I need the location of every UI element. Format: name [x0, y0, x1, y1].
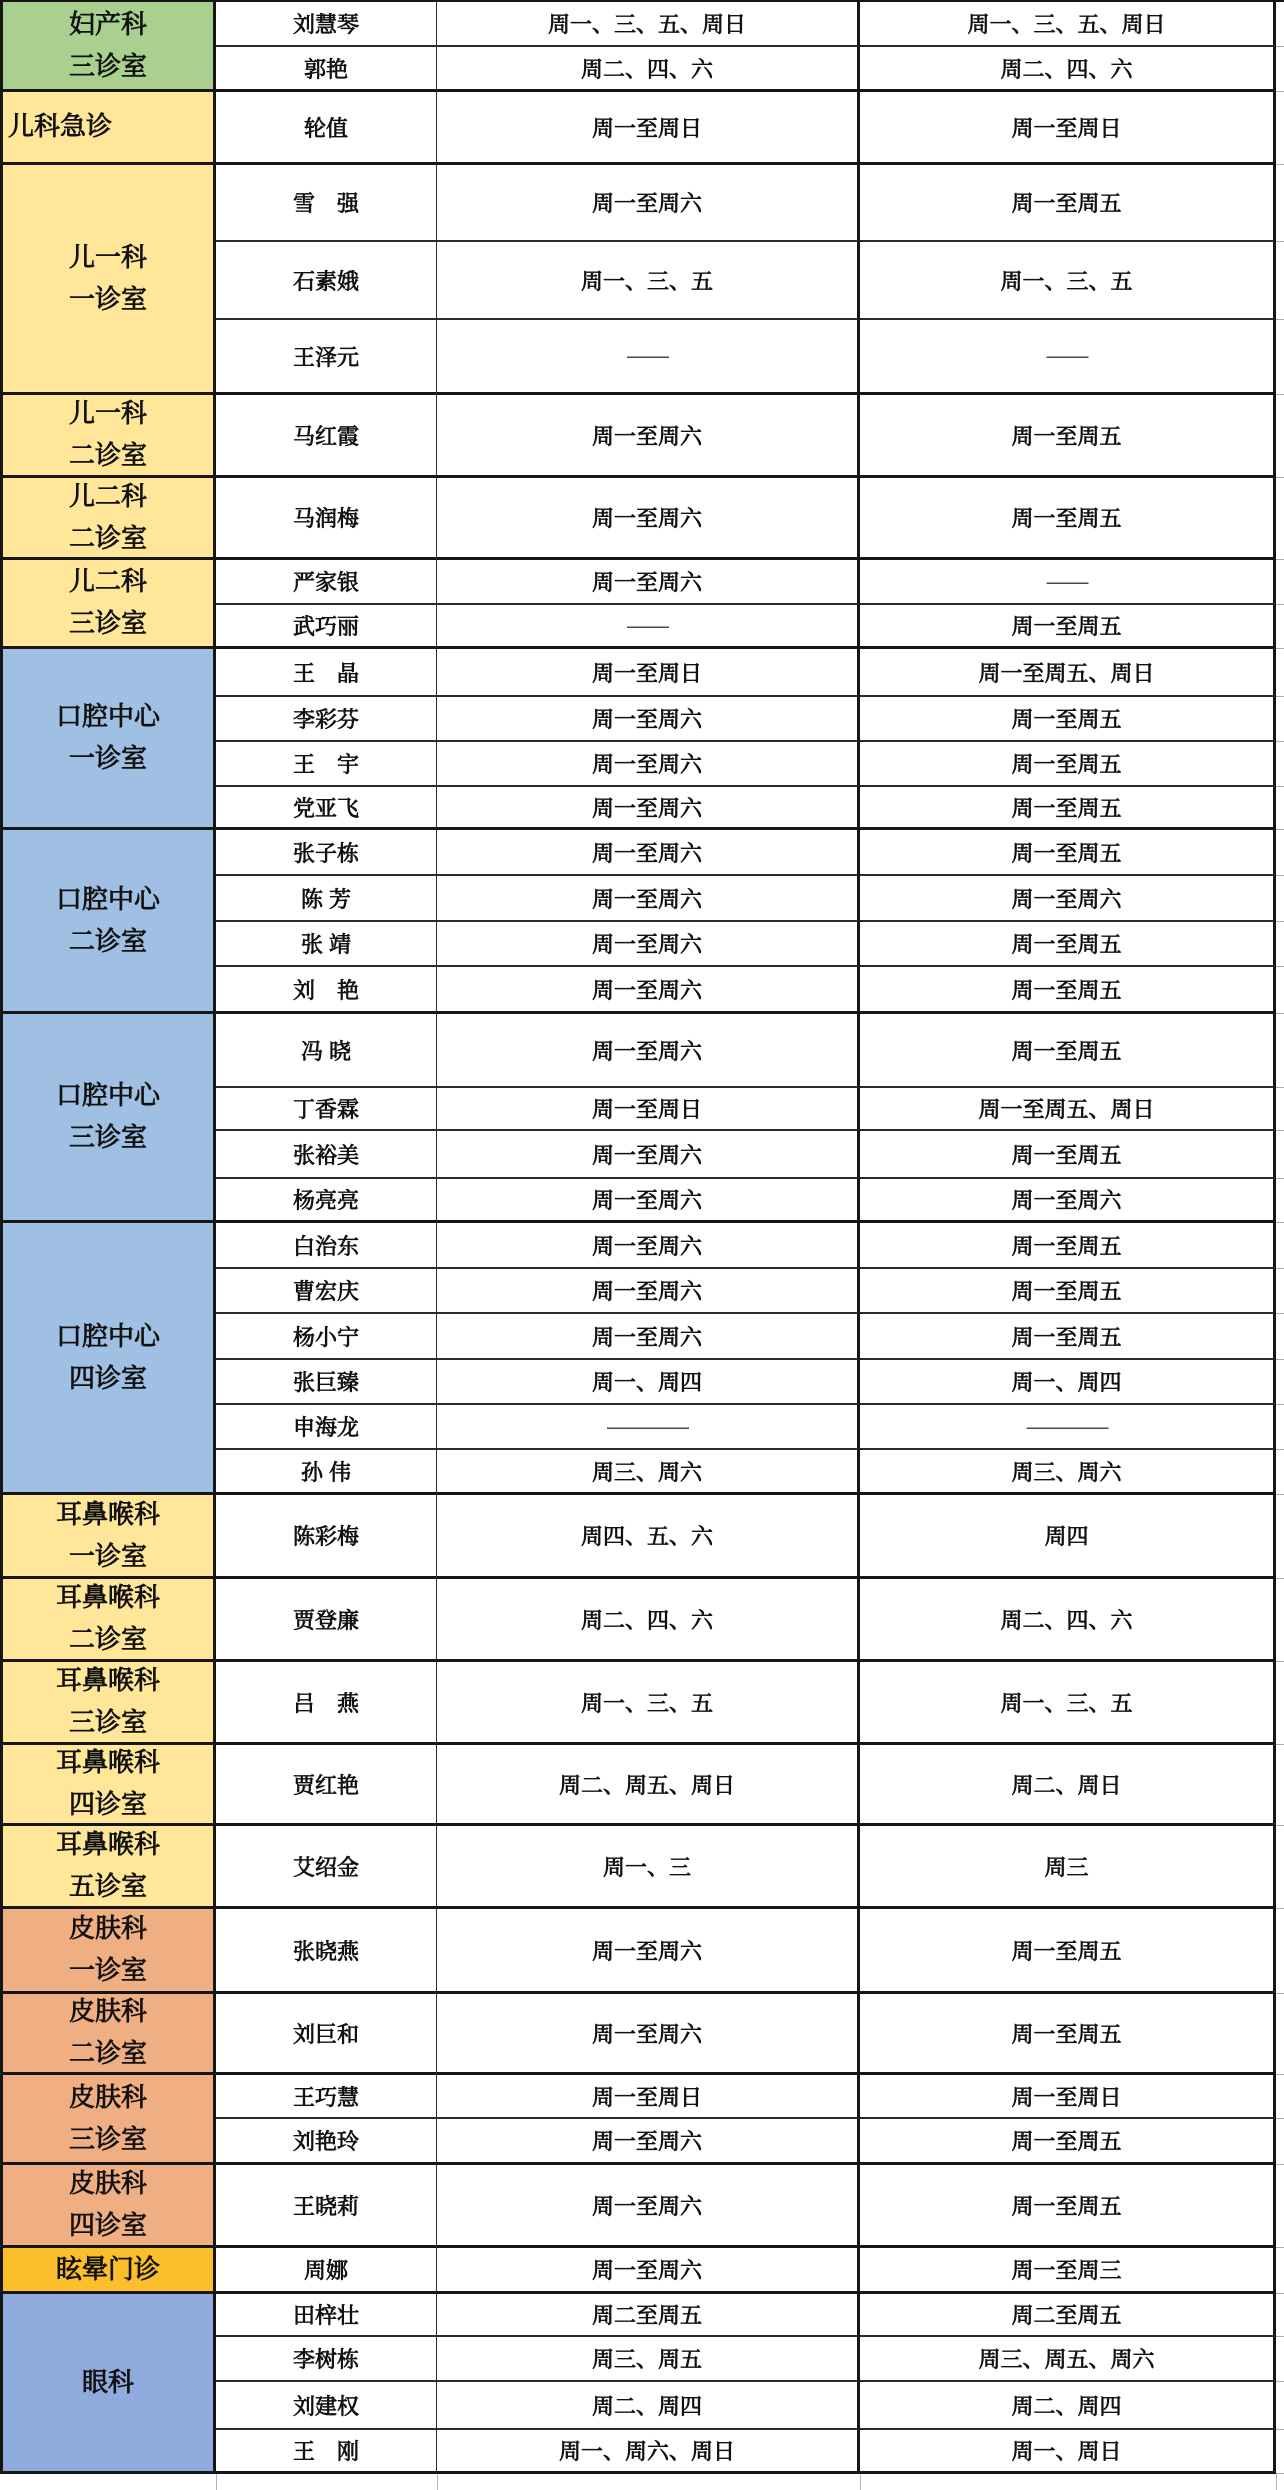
schedule-cell-2: 周一至周五 [860, 1314, 1276, 1360]
right-gridline-sliver [1276, 1450, 1284, 1495]
right-gridline-sliver [1276, 605, 1284, 649]
schedule-cell-1: 周一至周六 [437, 1179, 860, 1223]
department-label-line: 三诊室 [69, 2119, 147, 2161]
department-group: 皮肤科一诊室张晓燕周一至周六周一至周五 [3, 1909, 1284, 1994]
doctor-cell: 陈 芳 [216, 876, 437, 922]
right-gridline-sliver [1276, 1269, 1284, 1314]
schedule-cell-1: 周一至周六 [437, 2248, 860, 2294]
department-label-line: 五诊室 [69, 1866, 147, 1908]
schedule-cell-2: 周一至周三 [860, 2248, 1276, 2294]
department-group: 耳鼻喉科三诊室吕 燕周一、三、五周一、三、五 [3, 1662, 1284, 1745]
doctor-cell: 陈彩梅 [216, 1495, 437, 1579]
doctor-cell: 孙 伟 [216, 1450, 437, 1495]
department-label-line: 皮肤科 [69, 1991, 147, 2033]
department-label-line: 三诊室 [69, 1702, 147, 1744]
doctor-cell: 杨亮亮 [216, 1179, 437, 1223]
department-label-line: 皮肤科 [69, 1908, 147, 1950]
schedule-cell-1: 周四、五、六 [437, 1495, 860, 1579]
department-label-line: 儿二科 [69, 561, 147, 603]
schedule-cell-1: 周一至周六 [437, 1909, 860, 1994]
doctor-cell: 贾红艳 [216, 1745, 437, 1826]
department-cell: 皮肤科二诊室 [3, 1994, 216, 2075]
schedule-cell-1: 周一、三、五、周日 [437, 2, 860, 47]
department-cell: 儿一科一诊室 [3, 165, 216, 395]
schedule-cell-2: 周二、周四 [860, 2382, 1276, 2430]
schedule-cell-1: 周一至周六 [437, 830, 860, 876]
schedule-cell-2: 周一至周五 [860, 742, 1276, 787]
schedule-cell-1: 周一至周六 [437, 1994, 860, 2075]
right-gridline-sliver [1276, 967, 1284, 1014]
department-group: 眼科田梓壮周二至周五周二至周五李树栋周三、周五周三、周五、周六刘建权周二、周四周… [3, 2294, 1284, 2474]
department-label-line: 二诊室 [69, 435, 147, 477]
schedule-cell-1: 周一至周六 [437, 922, 860, 967]
doctor-cell: 贾登廉 [216, 1579, 437, 1662]
department-label-line: 三诊室 [69, 46, 147, 88]
right-gridline-sliver [1276, 697, 1284, 742]
right-gridline-sliver [1276, 2165, 1284, 2248]
schedule-cell-1: 周二、四、六 [437, 47, 860, 92]
right-gridline-sliver [1276, 1579, 1284, 1662]
department-cell: 耳鼻喉科四诊室 [3, 1745, 216, 1826]
department-cell: 口腔中心四诊室 [3, 1223, 216, 1495]
doctor-cell: 张晓燕 [216, 1909, 437, 1994]
right-gridline-sliver [1276, 2248, 1284, 2294]
department-cell: 妇产科三诊室 [3, 2, 216, 92]
schedule-cell-1: 周一、周六、周日 [437, 2430, 860, 2474]
schedule-table: 妇产科三诊室刘慧琴周一、三、五、周日周一、三、五、周日郭艳周二、四、六周二、四、… [0, 0, 1284, 2474]
department-group: 皮肤科三诊室王巧慧周一至周日周一至周日刘艳玲周一至周六周一至周五 [3, 2075, 1284, 2165]
department-cell: 耳鼻喉科五诊室 [3, 1826, 216, 1909]
department-label-line: 儿一科 [69, 237, 147, 279]
department-group: 口腔中心四诊室白治东周一至周六周一至周五曹宏庆周一至周六周一至周五杨小宁周一至周… [3, 1223, 1284, 1495]
department-group: 儿二科二诊室马润梅周一至周六周一至周五 [3, 478, 1284, 560]
department-cell: 眩晕门诊 [3, 2248, 216, 2294]
schedule-cell-2: 周二、四、六 [860, 1579, 1276, 1662]
gridline [860, 2474, 861, 2490]
doctor-cell: 王 宇 [216, 742, 437, 787]
schedule-cell-2: 周一、周日 [860, 2430, 1276, 2474]
schedule-cell-1: 周一至周日 [437, 92, 860, 165]
department-group: 耳鼻喉科一诊室陈彩梅周四、五、六周四 [3, 1495, 1284, 1579]
right-gridline-sliver [1276, 1014, 1284, 1088]
schedule-cell-2: 周二至周五 [860, 2294, 1276, 2337]
schedule-cell-2: 周一至周日 [860, 92, 1276, 165]
doctor-cell: 申海龙 [216, 1405, 437, 1450]
right-gridline-sliver [1276, 787, 1284, 830]
department-label-line: 口腔中心 [56, 1316, 160, 1358]
right-gridline-sliver [1276, 560, 1284, 605]
department-group: 口腔中心二诊室张子栋周一至周六周一至周五陈 芳周一至周六周一至周六张 靖周一至周… [3, 830, 1284, 1014]
schedule-cell-1: 周一至周六 [437, 697, 860, 742]
department-label-line: 眼科 [82, 2362, 134, 2404]
department-cell: 耳鼻喉科一诊室 [3, 1495, 216, 1579]
schedule-cell-1: 周一至周六 [437, 876, 860, 922]
department-label-line: 口腔中心 [56, 696, 160, 738]
doctor-cell: 刘慧琴 [216, 2, 437, 47]
schedule-cell-1: 周二至周五 [437, 2294, 860, 2337]
schedule-cell-2: 周三、周五、周六 [860, 2337, 1276, 2382]
doctor-cell: 郭艳 [216, 47, 437, 92]
gridline [437, 2474, 438, 2490]
department-group: 儿一科一诊室雪 强周一至周六周一至周五石素娥周一、三、五周一、三、五王泽元———… [3, 165, 1284, 395]
department-label-line: 四诊室 [69, 1784, 147, 1826]
department-label-line: 二诊室 [69, 518, 147, 560]
department-label-line: 儿二科 [69, 476, 147, 518]
doctor-cell: 张裕美 [216, 1131, 437, 1179]
doctor-cell: 王泽元 [216, 320, 437, 395]
doctor-cell: 严家银 [216, 560, 437, 605]
schedule-cell-2: 周一至周五 [860, 2119, 1276, 2165]
right-gridline-sliver [1276, 2337, 1284, 2382]
schedule-cell-1: 周三、周六 [437, 1450, 860, 1495]
department-label-line: 一诊室 [69, 1536, 147, 1578]
schedule-cell-2: 周三 [860, 1826, 1276, 1909]
schedule-cell-2: 周一至周五 [860, 830, 1276, 876]
right-gridline-sliver [1276, 320, 1284, 395]
right-gridline-sliver [1276, 2075, 1284, 2119]
department-label-line: 一诊室 [69, 279, 147, 321]
right-gridline-sliver [1276, 1360, 1284, 1405]
schedule-cell-2: 周一至周五 [860, 787, 1276, 830]
right-gridline-sliver [1276, 2382, 1284, 2430]
right-gridline-sliver [1276, 1495, 1284, 1579]
department-cell: 皮肤科三诊室 [3, 2075, 216, 2165]
schedule-cell-1: 周一至周六 [437, 478, 860, 560]
right-gridline-sliver [1276, 742, 1284, 787]
schedule-cell-1: 周一至周六 [437, 395, 860, 478]
department-cell: 口腔中心三诊室 [3, 1014, 216, 1223]
doctor-cell: 王 晶 [216, 649, 437, 697]
schedule-cell-1: 周一至周六 [437, 2165, 860, 2248]
doctor-cell: 张巨臻 [216, 1360, 437, 1405]
department-label-line: 口腔中心 [56, 879, 160, 921]
department-label-line: 皮肤科 [69, 2077, 147, 2119]
doctor-cell: 刘建权 [216, 2382, 437, 2430]
schedule-cell-2: 周一至周五 [860, 967, 1276, 1014]
department-group: 儿科急诊轮值周一至周日周一至周日 [3, 92, 1284, 165]
doctor-cell: 王晓莉 [216, 2165, 437, 2248]
department-cell: 皮肤科一诊室 [3, 1909, 216, 1994]
department-group: 口腔中心一诊室王 晶周一至周日周一至周五、周日李彩芬周一至周六周一至周五王 宇周… [3, 649, 1284, 830]
doctor-cell: 田梓壮 [216, 2294, 437, 2337]
department-group: 眩晕门诊周娜周一至周六周一至周三 [3, 2248, 1284, 2294]
department-cell: 耳鼻喉科三诊室 [3, 1662, 216, 1745]
schedule-cell-1: 周一至周六 [437, 1223, 860, 1269]
schedule-cell-1: 周一至周六 [437, 1131, 860, 1179]
schedule-cell-2: 周一至周五 [860, 478, 1276, 560]
department-group: 耳鼻喉科二诊室贾登廉周二、四、六周二、四、六 [3, 1579, 1284, 1662]
schedule-cell-1: —— [437, 320, 860, 395]
right-gridline-sliver [1276, 2294, 1284, 2337]
department-group: 耳鼻喉科五诊室艾绍金周一、三周三 [3, 1826, 1284, 1909]
schedule-cell-2: 周一至周五 [860, 1269, 1276, 1314]
department-label-line: 一诊室 [69, 738, 147, 780]
schedule-cell-1: 周二、周五、周日 [437, 1745, 860, 1826]
doctor-cell: 杨小宁 [216, 1314, 437, 1360]
department-label-line: 三诊室 [69, 603, 147, 645]
schedule-cell-2: 周一、周四 [860, 1360, 1276, 1405]
department-group: 口腔中心三诊室冯 晓周一至周六周一至周五丁香霖周一至周日周一至周五、周日张裕美周… [3, 1014, 1284, 1223]
right-gridline-sliver [1276, 478, 1284, 560]
department-group: 皮肤科四诊室王晓莉周一至周六周一至周五 [3, 2165, 1284, 2248]
right-gridline-sliver [1276, 1909, 1284, 1994]
schedule-cell-1: 周一至周六 [437, 165, 860, 242]
doctor-cell: 张 靖 [216, 922, 437, 967]
department-group: 儿二科三诊室严家银周一至周六——武巧丽——周一至周五 [3, 560, 1284, 649]
schedule-cell-2: 周四 [860, 1495, 1276, 1579]
department-label-line: 儿一科 [69, 393, 147, 435]
schedule-cell-2: 周一至周五 [860, 697, 1276, 742]
doctor-cell: 冯 晓 [216, 1014, 437, 1088]
right-gridline-sliver [1276, 47, 1284, 92]
department-label-line: 耳鼻喉科 [56, 1577, 160, 1619]
schedule-cell-2: 周一至周五 [860, 1131, 1276, 1179]
schedule-cell-2: —— [860, 560, 1276, 605]
schedule-cell-1: 周三、周五 [437, 2337, 860, 2382]
department-label-line: 一诊室 [69, 1950, 147, 1992]
right-gridline-sliver [1276, 395, 1284, 478]
doctor-cell: 轮值 [216, 92, 437, 165]
schedule-cell-2: 周三、周六 [860, 1450, 1276, 1495]
schedule-cell-1: 周一至周六 [437, 1014, 860, 1088]
schedule-cell-2: 周一至周五 [860, 605, 1276, 649]
department-label-line: 皮肤科 [69, 2163, 147, 2205]
department-label-line: 耳鼻喉科 [56, 1494, 160, 1536]
department-cell: 儿一科二诊室 [3, 395, 216, 478]
department-label-line: 二诊室 [69, 921, 147, 963]
schedule-cell-2: 周一至周五 [860, 1223, 1276, 1269]
doctor-cell: 李彩芬 [216, 697, 437, 742]
right-gridline-sliver [1276, 922, 1284, 967]
schedule-cell-1: 周一至周六 [437, 967, 860, 1014]
doctor-cell: 李树栋 [216, 2337, 437, 2382]
doctor-cell: 白治东 [216, 1223, 437, 1269]
schedule-cell-1: 周一至周六 [437, 560, 860, 605]
doctor-cell: 马润梅 [216, 478, 437, 560]
schedule-cell-1: 周一至周六 [437, 787, 860, 830]
doctor-cell: 刘艳玲 [216, 2119, 437, 2165]
schedule-cell-1: 周一、三 [437, 1826, 860, 1909]
department-cell: 口腔中心一诊室 [3, 649, 216, 830]
schedule-cell-2: 周一至周五 [860, 395, 1276, 478]
right-gridline-sliver [1276, 649, 1284, 697]
department-cell: 儿二科三诊室 [3, 560, 216, 649]
right-gridline-sliver [1276, 830, 1284, 876]
schedule-cell-1: 周一至周六 [437, 2119, 860, 2165]
schedule-cell-2: 周一、三、五、周日 [860, 2, 1276, 47]
doctor-cell: 马红霞 [216, 395, 437, 478]
department-group: 皮肤科二诊室刘巨和周一至周六周一至周五 [3, 1994, 1284, 2075]
schedule-cell-2: 周一至周五 [860, 1909, 1276, 1994]
schedule-cell-1: 周一、周四 [437, 1360, 860, 1405]
right-gridline-sliver [1276, 2119, 1284, 2165]
department-label-line: 眩晕门诊 [56, 2249, 160, 2291]
doctor-cell: 王 刚 [216, 2430, 437, 2474]
right-gridline-sliver [1276, 1826, 1284, 1909]
doctor-cell: 曹宏庆 [216, 1269, 437, 1314]
schedule-cell-2: 周一至周五 [860, 922, 1276, 967]
doctor-cell: 王巧慧 [216, 2075, 437, 2119]
doctor-cell: 石素娥 [216, 242, 437, 320]
department-cell: 皮肤科四诊室 [3, 2165, 216, 2248]
right-gridline-sliver [1276, 1088, 1284, 1131]
doctor-cell: 雪 强 [216, 165, 437, 242]
department-label-line: 耳鼻喉科 [56, 1660, 160, 1702]
schedule-cell-2: 周一、三、五 [860, 1662, 1276, 1745]
right-gridline-sliver [1276, 165, 1284, 242]
schedule-cell-2: 周一至周六 [860, 876, 1276, 922]
schedule-cell-1: 周二、四、六 [437, 1579, 860, 1662]
department-label-line: 口腔中心 [56, 1075, 160, 1117]
department-cell: 口腔中心二诊室 [3, 830, 216, 1014]
department-label-line: 四诊室 [69, 1358, 147, 1400]
department-group: 妇产科三诊室刘慧琴周一、三、五、周日周一、三、五、周日郭艳周二、四、六周二、四、… [3, 2, 1284, 92]
schedule-cell-1: ———— [437, 1405, 860, 1450]
doctor-cell: 党亚飞 [216, 787, 437, 830]
schedule-cell-2: 周一、三、五 [860, 242, 1276, 320]
schedule-cell-1: 周一至周六 [437, 1269, 860, 1314]
right-gridline-sliver [1276, 2, 1284, 47]
schedule-cell-2: 周一至周五 [860, 1014, 1276, 1088]
doctor-cell: 刘 艳 [216, 967, 437, 1014]
schedule-cell-1: 周一至周日 [437, 1088, 860, 1131]
schedule-cell-2: 周二、四、六 [860, 47, 1276, 92]
doctor-cell: 丁香霖 [216, 1088, 437, 1131]
schedule-cell-1: 周二、周四 [437, 2382, 860, 2430]
doctor-cell: 刘巨和 [216, 1994, 437, 2075]
schedule-cell-2: 周一至周五、周日 [860, 1088, 1276, 1131]
doctor-cell: 周娜 [216, 2248, 437, 2294]
department-cell: 儿二科二诊室 [3, 478, 216, 560]
doctor-cell: 吕 燕 [216, 1662, 437, 1745]
right-gridline-sliver [1276, 2430, 1284, 2474]
right-gridline-sliver [1276, 1314, 1284, 1360]
schedule-cell-2: 周一至周日 [860, 2075, 1276, 2119]
schedule-cell-1: 周一、三、五 [437, 1662, 860, 1745]
department-label-line: 妇产科 [69, 4, 147, 46]
right-gridline-sliver [1276, 1131, 1284, 1179]
right-gridline-sliver [1276, 92, 1284, 165]
schedule-cell-1: —— [437, 605, 860, 649]
schedule-cell-2: 周二、周日 [860, 1745, 1276, 1826]
schedule-cell-2: 周一至周五、周日 [860, 649, 1276, 697]
doctor-cell: 武巧丽 [216, 605, 437, 649]
schedule-cell-2: ———— [860, 1405, 1276, 1450]
schedule-cell-1: 周一至周六 [437, 742, 860, 787]
department-cell: 儿科急诊 [3, 92, 216, 165]
department-group: 耳鼻喉科四诊室贾红艳周二、周五、周日周二、周日 [3, 1745, 1284, 1826]
schedule-cell-2: 周一至周六 [860, 1179, 1276, 1223]
schedule-cell-1: 周一、三、五 [437, 242, 860, 320]
schedule-cell-1: 周一至周日 [437, 649, 860, 697]
doctor-cell: 艾绍金 [216, 1826, 437, 1909]
doctor-cell: 张子栋 [216, 830, 437, 876]
bottom-partial-row [0, 2474, 1284, 2490]
schedule-cell-1: 周一至周日 [437, 2075, 860, 2119]
department-label-line: 耳鼻喉科 [56, 1742, 160, 1784]
right-gridline-sliver [1276, 242, 1284, 320]
right-gridline-sliver [1276, 876, 1284, 922]
department-cell: 耳鼻喉科二诊室 [3, 1579, 216, 1662]
schedule-cell-2: —— [860, 320, 1276, 395]
schedule-cell-1: 周一至周六 [437, 1314, 860, 1360]
right-gridline-sliver [1276, 1223, 1284, 1269]
gridline [216, 2474, 217, 2490]
department-label-line: 二诊室 [69, 2033, 147, 2075]
right-gridline-sliver [1276, 1405, 1284, 1450]
department-label-line: 三诊室 [69, 1117, 147, 1159]
department-group: 儿一科二诊室马红霞周一至周六周一至周五 [3, 395, 1284, 478]
department-cell: 眼科 [3, 2294, 216, 2474]
gridline [1276, 2474, 1277, 2490]
right-gridline-sliver [1276, 1662, 1284, 1745]
schedule-cell-2: 周一至周五 [860, 2165, 1276, 2248]
department-label-line: 耳鼻喉科 [56, 1824, 160, 1866]
right-gridline-sliver [1276, 1994, 1284, 2075]
department-label-line: 二诊室 [69, 1619, 147, 1661]
right-gridline-sliver [1276, 1745, 1284, 1826]
right-gridline-sliver [1276, 1179, 1284, 1223]
department-label-line: 儿科急诊 [8, 106, 112, 148]
department-label-line: 四诊室 [69, 2205, 147, 2247]
schedule-cell-2: 周一至周五 [860, 1994, 1276, 2075]
schedule-cell-2: 周一至周五 [860, 165, 1276, 242]
